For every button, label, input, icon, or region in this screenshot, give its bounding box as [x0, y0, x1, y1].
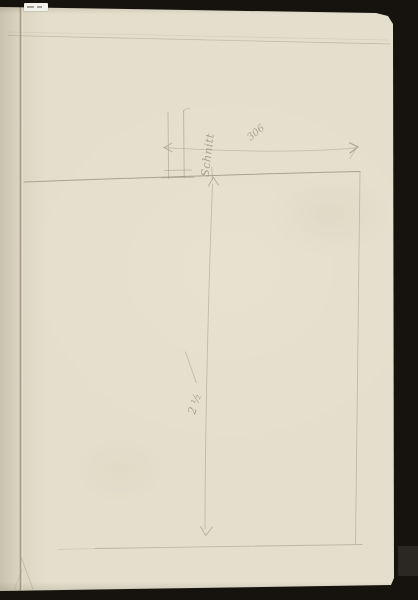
label-lead-stroke [186, 352, 197, 383]
page-curl-line [15, 570, 23, 589]
height-dim-top-arrow [209, 178, 219, 187]
seam-line-right [184, 111, 185, 178]
bottom-outline [95, 545, 362, 549]
seam-line-hook [184, 109, 190, 111]
height-dimension-line [205, 184, 213, 529]
underpage-edge-line [8, 32, 388, 40]
seam-bracket-bottom [162, 177, 195, 178]
pencil-sketch-svg: Schnitt 306 2 ½ [0, 0, 418, 600]
seam-bracket-top [164, 170, 192, 171]
height-measurement-label: 2 ½ [185, 392, 204, 417]
width-measurement-label: 306 [245, 122, 267, 143]
height-dim-bottom-arrow [201, 527, 213, 536]
underpage-edge-line [8, 36, 390, 45]
page-curl-line [22, 558, 34, 589]
width-dimension-line [164, 148, 357, 152]
bottom-outline-faint [58, 549, 95, 550]
scan-background: Schnitt 306 2 ½ [0, 0, 418, 600]
seam-label: Schnitt [199, 132, 217, 177]
right-outline [356, 172, 361, 545]
